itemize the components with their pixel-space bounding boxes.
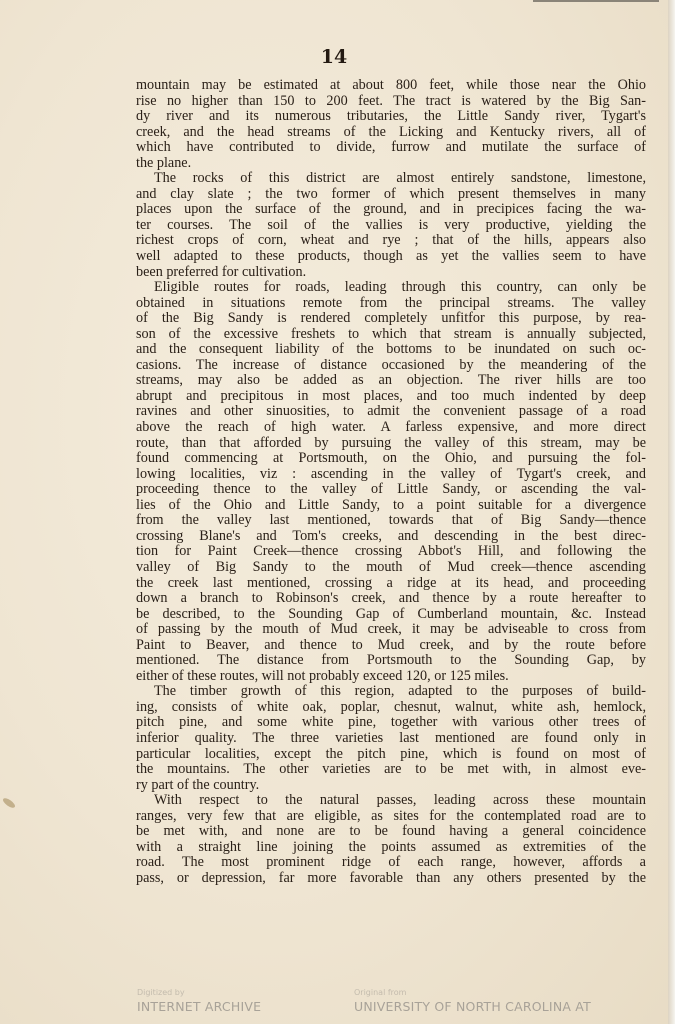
watermark-digitized-label: Digitized by — [137, 988, 185, 997]
page-number: 14 — [0, 46, 668, 68]
text-line: The rocks of this district are almost en… — [136, 171, 646, 187]
text-line: down a branch to Robinson's creek, and t… — [136, 591, 646, 607]
text-line: be met with, and none are to be found ha… — [136, 824, 646, 840]
text-line: abrupt and precipitous in most places, a… — [136, 389, 646, 405]
text-line: streams, may also be added as an objecti… — [136, 373, 646, 389]
body-text: mountain may be estimated at about 800 f… — [136, 78, 646, 886]
text-line: and the consequent liability of the bott… — [136, 342, 646, 358]
text-line: richest crops of corn, wheat and rye ; t… — [136, 233, 646, 249]
text-line: the plane. — [136, 156, 646, 172]
text-line: inferior quality. The three varieties la… — [136, 731, 646, 747]
text-line: either of these routes, will not probabl… — [136, 669, 646, 685]
text-line: the mountains. The other varieties are t… — [136, 762, 646, 778]
text-line: Eligible routes for roads, leading throu… — [136, 280, 646, 296]
text-line: places upon the surface of the ground, a… — [136, 202, 646, 218]
text-line: of passing by the mouth of Mud creek, it… — [136, 622, 646, 638]
watermark-internet-archive: Digitized by INTERNET ARCHIVE — [137, 996, 261, 1015]
text-line: lies of the Ohio and Little Sandy, to a … — [136, 498, 646, 514]
watermark-library-label: UNIVERSITY OF NORTH CAROLINA AT — [354, 999, 591, 1014]
paper-stain — [2, 797, 17, 810]
text-line: which have contributed to divide, furrow… — [136, 140, 646, 156]
text-line: ry part of the country. — [136, 778, 646, 794]
text-line: tion for Paint Creek—thence crossing Abb… — [136, 544, 646, 560]
text-line: found commencing at Portsmouth, on the O… — [136, 451, 646, 467]
text-line: The timber growth of this region, adapte… — [136, 684, 646, 700]
watermark-original-label: Original from — [354, 988, 406, 997]
text-line: pass, or depression, far more favorable … — [136, 871, 646, 887]
text-line: of the Big Sandy is rendered completely … — [136, 311, 646, 327]
page-edge — [668, 0, 675, 1024]
text-line: be described, to the Sounding Gap of Cum… — [136, 607, 646, 623]
text-line: pitch pine, and some white pine, togethe… — [136, 715, 646, 731]
top-edge-bar — [533, 0, 659, 2]
text-line: particular localities, except the pitch … — [136, 747, 646, 763]
text-line: crossing Blane's and Tom's creeks, and d… — [136, 529, 646, 545]
text-line: dy river and its numerous tributaries, t… — [136, 109, 646, 125]
text-line: ranges, very few that are eligible, as s… — [136, 809, 646, 825]
text-line: obtained in situations remote from the p… — [136, 296, 646, 312]
text-line: ter courses. The soil of the vallies is … — [136, 218, 646, 234]
text-line: With respect to the natural passes, lead… — [136, 793, 646, 809]
text-line: mountain may be estimated at about 800 f… — [136, 78, 646, 94]
text-line: road. The most prominent ridge of each r… — [136, 855, 646, 871]
text-line: rise no higher than 150 to 200 feet. The… — [136, 94, 646, 110]
text-line: route, than that afforded by pursuing th… — [136, 436, 646, 452]
text-line: valley of Big Sandy to the mouth of Mud … — [136, 560, 646, 576]
text-line: casions. The increase of distance occasi… — [136, 358, 646, 374]
text-line: ing, consists of white oak, poplar, ches… — [136, 700, 646, 716]
text-line: ravines and other sinuosities, to admit … — [136, 404, 646, 420]
text-line: the creek last mentioned, crossing a rid… — [136, 576, 646, 592]
text-line: been preferred for cultivation. — [136, 265, 646, 281]
text-line: above the reach of high water. A farless… — [136, 420, 646, 436]
text-line: Paint to Beaver, and thence to Mud creek… — [136, 638, 646, 654]
watermark-source-library: Original from UNIVERSITY OF NORTH CAROLI… — [354, 996, 591, 1015]
text-line: with a straight line joining the points … — [136, 840, 646, 856]
text-line: son of the excessive freshets to which t… — [136, 327, 646, 343]
text-line: lowing localities, viz : ascending in th… — [136, 467, 646, 483]
text-line: proceeding thence to the valley of Littl… — [136, 482, 646, 498]
text-line: from the valley last mentioned, towards … — [136, 513, 646, 529]
text-line: and clay slate ; the two former of which… — [136, 187, 646, 203]
watermark-internet-archive-label: INTERNET ARCHIVE — [137, 999, 261, 1014]
text-line: well adapted to these products, though a… — [136, 249, 646, 265]
text-line: creek, and the head streams of the Licki… — [136, 125, 646, 141]
scanned-page: 14 mountain may be estimated at about 80… — [0, 0, 668, 1024]
text-line: mentioned. The distance from Portsmouth … — [136, 653, 646, 669]
